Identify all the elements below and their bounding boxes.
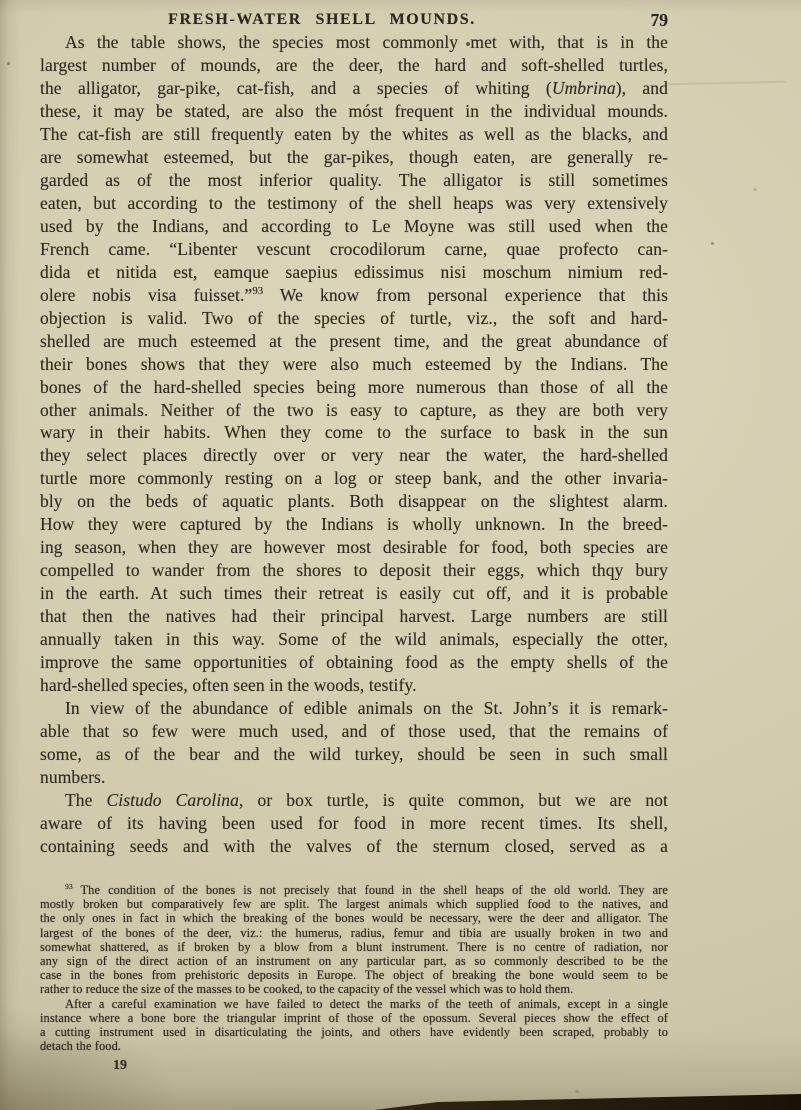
text-line: are somewhat esteemed, but the gar-pikes…	[40, 146, 668, 169]
text-line: case in the bones from prehistoric depos…	[40, 968, 668, 982]
text-line: able that so few were much used, and of …	[40, 720, 668, 743]
text-line: some, as of the bear and the wild turkey…	[40, 743, 668, 766]
footnote-reference: 93	[252, 285, 263, 297]
text-line: shelled are much esteemed at the present…	[40, 330, 668, 353]
ink-speck	[711, 242, 714, 245]
text-line: aware of its having been used for food i…	[40, 812, 668, 835]
text-line: the alligator, gar-pike, cat-fish, and a…	[40, 77, 668, 100]
text-line: After a careful examination we have fail…	[40, 997, 668, 1011]
italic-text: Umbrina	[552, 78, 616, 98]
text-line: olere nobis visa fuisset.”93 We know fro…	[40, 284, 668, 307]
text-line: other animals. Neither of the two is eas…	[40, 399, 668, 422]
footnote-reference: 93	[65, 882, 73, 891]
text-line: improve the same opportunities of obtain…	[40, 651, 668, 674]
text-line: ing season, when they are however most d…	[40, 536, 668, 559]
text-line: mostly broken but comparatively few are …	[40, 897, 668, 911]
text-line: annually taken in this way. Some of the …	[40, 628, 668, 651]
scanned-book-page: FRESH-WATER SHELL MOUNDS. 79 As the tabl…	[0, 0, 801, 1110]
text-line: bly on the beds of aquatic plants. Both …	[40, 490, 668, 513]
text-line: dida et nitida est, eamque saepius ediss…	[40, 261, 668, 284]
text-line: French came. “Libenter vescunt crocodilo…	[40, 238, 668, 261]
text-line: somewhat shattered, as if broken by a bl…	[40, 940, 668, 954]
signature-mark: 19	[113, 1058, 127, 1074]
text-line: that then the natives had their principa…	[40, 605, 668, 628]
body-text: As the table shows, the species most com…	[40, 31, 668, 858]
text-line: The cat-fish are still frequently eaten …	[40, 123, 668, 146]
text-line: these, it may be stated, are also the mó…	[40, 100, 668, 123]
text-line: the only ones in fact in which the break…	[40, 911, 668, 925]
text-line: 93 The condition of the bones is not pre…	[40, 883, 668, 897]
text-line: garded as of the most inferior quality. …	[40, 169, 668, 192]
text-line: a cutting instrument used in disarticula…	[40, 1025, 668, 1039]
italic-text: Cistudo Carolina	[107, 790, 240, 810]
text-line: How they were captured by the Indians is…	[40, 513, 668, 536]
text-line: used by the Indians, and according to Le…	[40, 215, 668, 238]
text-line: their bones shows that they were also mu…	[40, 353, 668, 376]
text-line: instance where a bone bore the triangula…	[40, 1011, 668, 1025]
text-line: In view of the abundance of edible anima…	[40, 697, 668, 720]
paper-scratch	[668, 81, 786, 85]
text-line: containing seeds and with the valves of …	[40, 835, 668, 858]
text-line: wary in their habits. When they come to …	[40, 421, 668, 444]
text-line: largest of the bones of the deer, viz.: …	[40, 926, 668, 940]
text-line: bones of the hard-shelled species being …	[40, 376, 668, 399]
text-line: largest number of mounds, are the deer, …	[40, 54, 668, 77]
text-line: The Cistudo Carolina, or box turtle, is …	[40, 789, 668, 812]
text-line: objection is valid. Two of the species o…	[40, 307, 668, 330]
page-number: 79	[40, 10, 668, 31]
text-line: As the table shows, the species most com…	[40, 31, 668, 54]
text-line: turtle more commonly resting on a log or…	[40, 467, 668, 490]
footnote-text: 93 The condition of the bones is not pre…	[40, 883, 668, 1053]
text-line: in the earth. At such times their retrea…	[40, 582, 668, 605]
ink-speck	[7, 62, 10, 65]
text-line: compelled to wander from the shores to d…	[40, 559, 668, 582]
stain-speck	[575, 1090, 579, 1093]
stain-speck	[753, 188, 757, 191]
text-line: eaten, but according to the testimony of…	[40, 192, 668, 215]
text-line: they select places directly over or very…	[40, 444, 668, 467]
text-line: any sign of the direct action of an inst…	[40, 954, 668, 968]
